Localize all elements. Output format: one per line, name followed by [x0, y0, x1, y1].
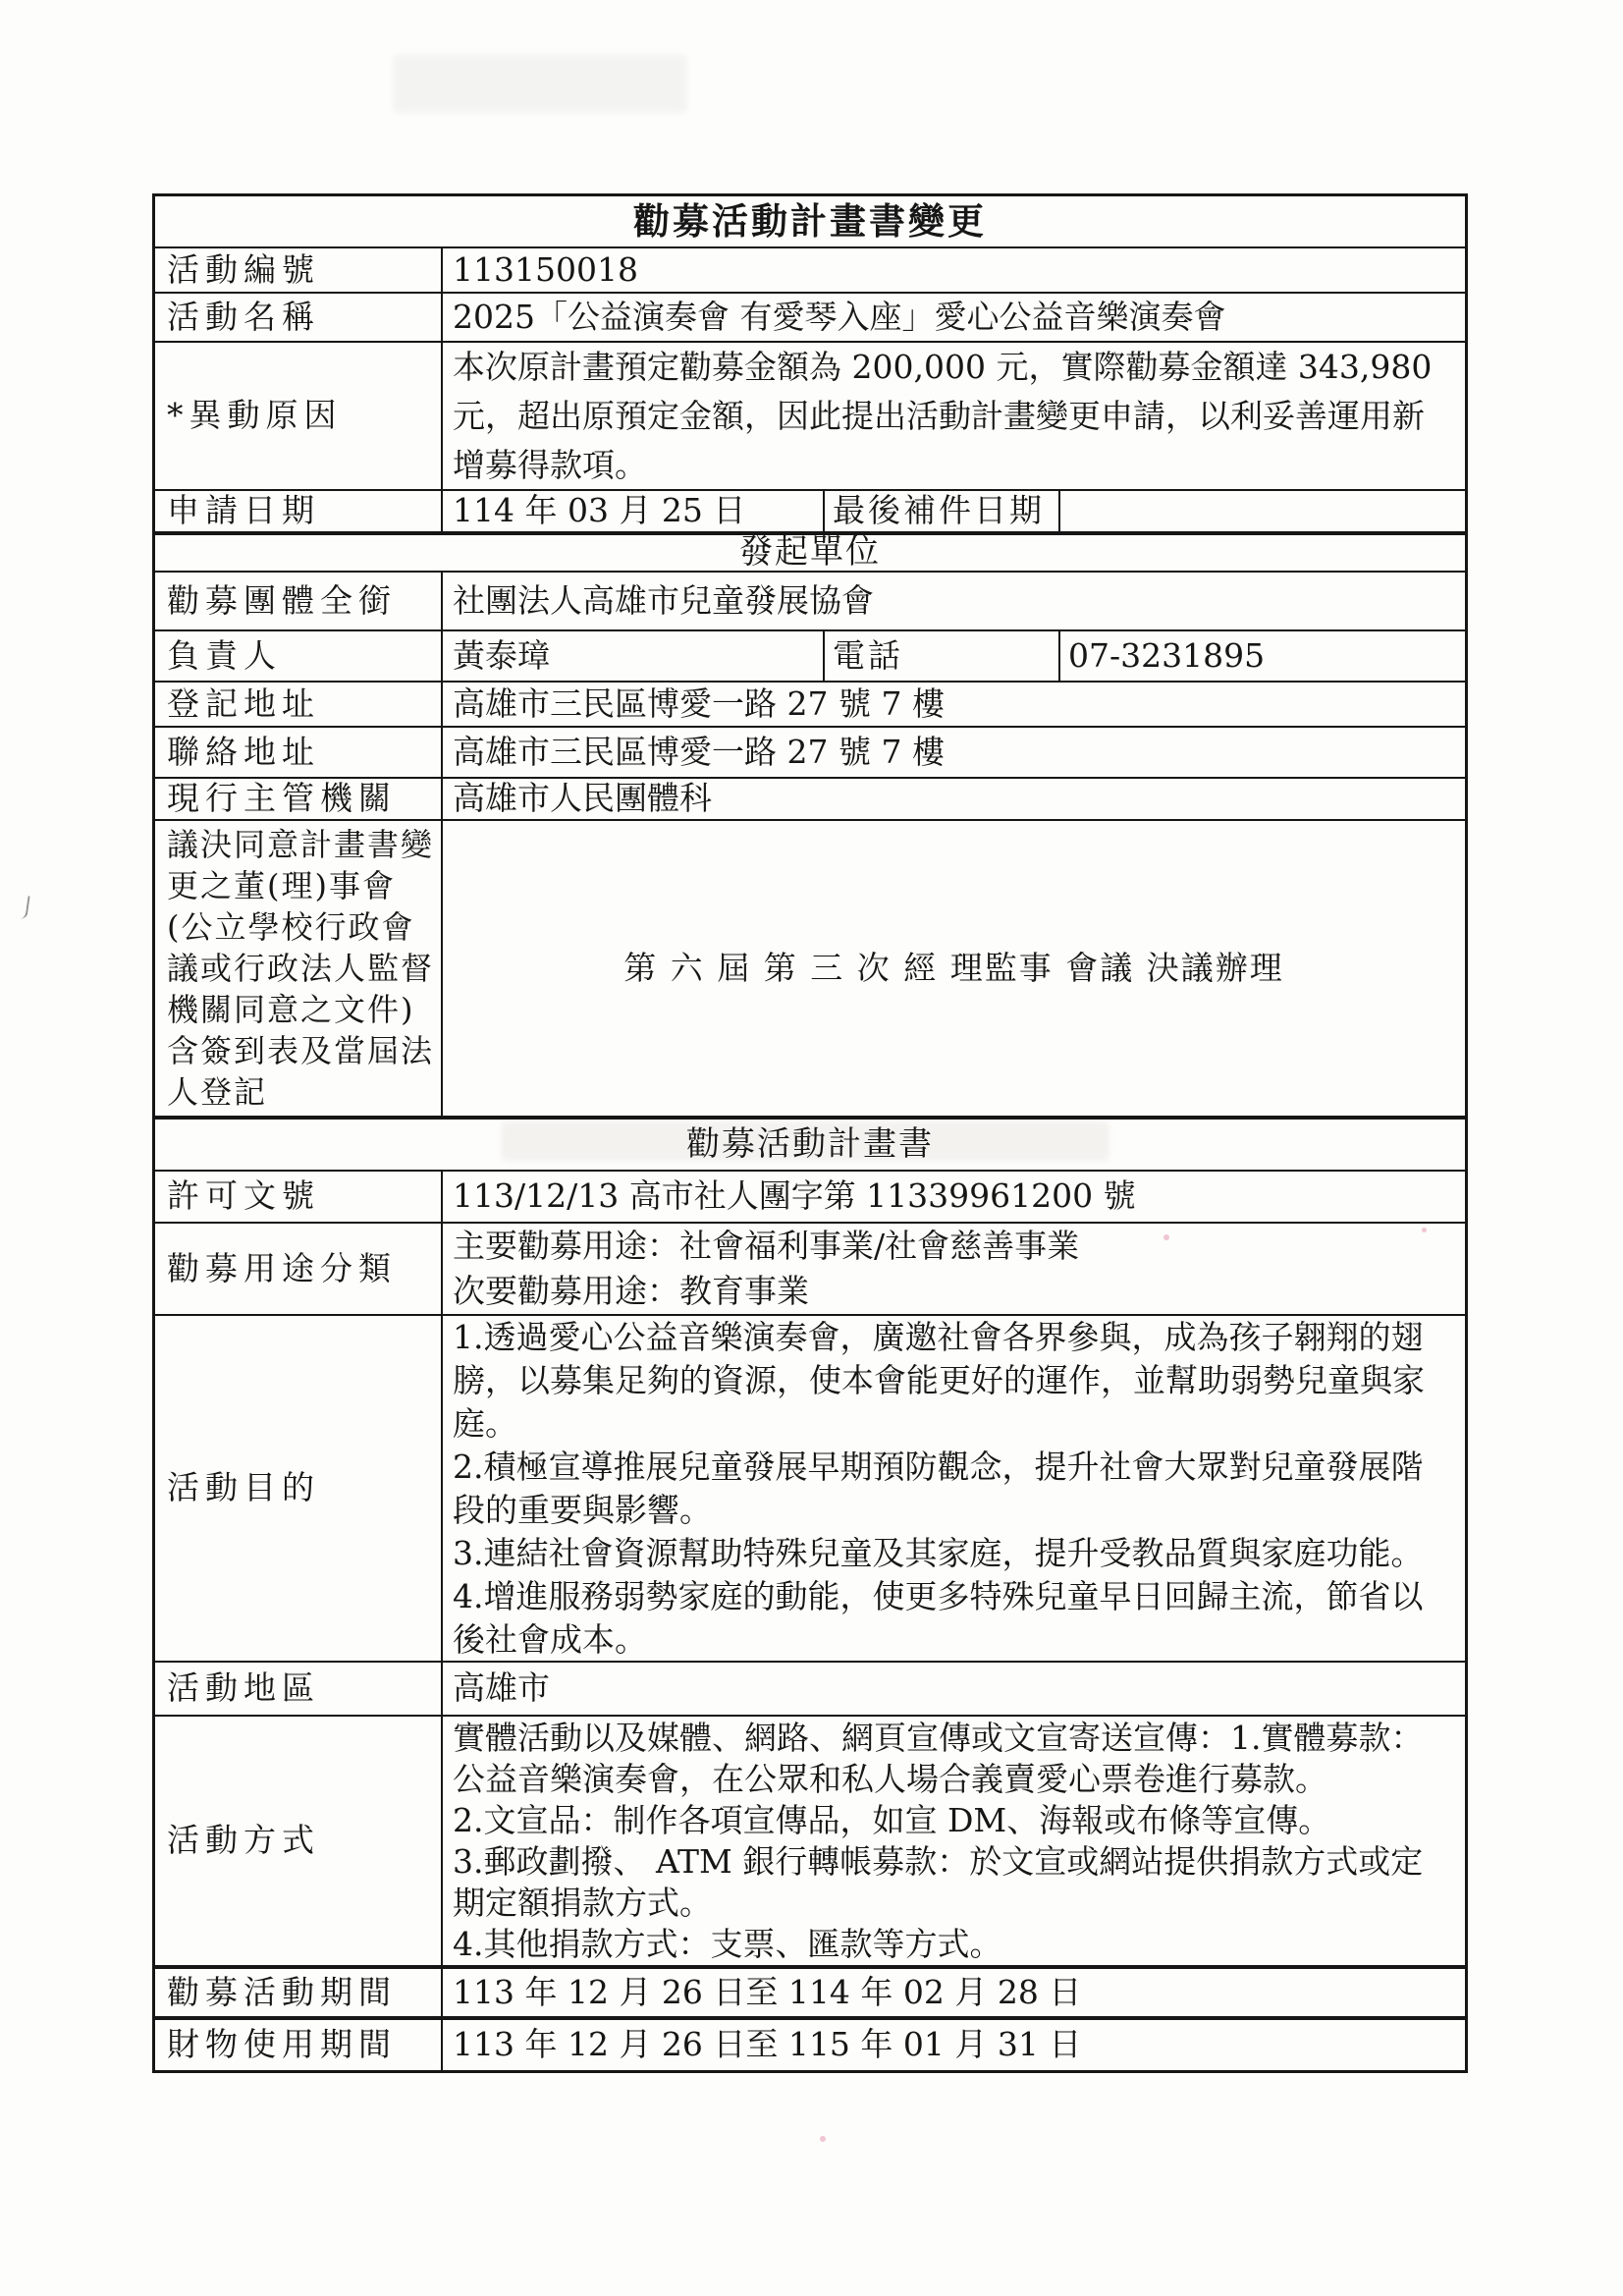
principal-value: 黃泰璋 [443, 631, 825, 681]
principal-label: 負責人 [155, 631, 443, 681]
form-title: 勸募活動計畫書變更 [155, 196, 1465, 246]
change-reason-label: *異動原因 [155, 343, 443, 489]
activity-name-value: 2025「公益演奏會 有愛琴入座」愛心公益音樂演奏會 [443, 294, 1465, 341]
change-reason-value: 本次原計畫預定勸募金額為 200,000 元，實際勸募金額達 343,980 元… [443, 343, 1465, 489]
purpose-primary: 主要勸募用途：社會福利事業/社會慈善事業 [453, 1224, 1455, 1269]
row-permit-no: 許可文號 113/12/13 高市社人團字第 11339961200 號 [155, 1172, 1465, 1224]
row-change-reason: *異動原因 本次原計畫預定勸募金額為 200,000 元，實際勸募金額達 343… [155, 343, 1465, 491]
row-activity-name: 活動名稱 2025「公益演奏會 有愛琴入座」愛心公益音樂演奏會 [155, 294, 1465, 343]
objectives-label: 活動目的 [155, 1316, 443, 1661]
purpose-category-label: 勸募用途分類 [155, 1224, 443, 1314]
objective-item: 3.連結社會資源幫助特殊兒童及其家庭，提升受教品質與家庭功能。 [453, 1532, 1455, 1575]
scanned-document-page: 勸募活動計畫書變更 活動編號 113150018 活動名稱 2025「公益演奏會… [0, 0, 1623, 2296]
area-value: 高雄市 [443, 1663, 1465, 1715]
row-registered-address: 登記地址 高雄市三民區博愛一路 27 號 7 樓 [155, 683, 1465, 728]
registered-address-value: 高雄市三民區博愛一路 27 號 7 樓 [443, 683, 1465, 726]
methods-value: 實體活動以及媒體、網路、網頁宣傳或文宣寄送宣傳：1.實體募款：公益音樂演奏會，在… [443, 1717, 1465, 1965]
row-org-full-name: 勸募團體全銜 社團法人高雄市兒童發展協會 [155, 573, 1465, 631]
row-activity-no: 活動編號 113150018 [155, 248, 1465, 294]
apply-date-value: 114 年 03 月 25 日 [443, 491, 825, 531]
objectives-value: 1.透過愛心公益音樂演奏會，廣邀社會各界參與，成為孩子翱翔的翅膀，以募集足夠的資… [443, 1316, 1465, 1661]
board-approval-label: 議決同意計畫書變更之董(理)事會(公立學校行政會議或行政法人監督機關同意之文件)… [155, 821, 443, 1116]
methods-label: 活動方式 [155, 1717, 443, 1965]
contact-address-value: 高雄市三民區博愛一路 27 號 7 樓 [443, 728, 1465, 777]
row-contact-address: 聯絡地址 高雄市三民區博愛一路 27 號 7 樓 [155, 728, 1465, 779]
phone-label: 電話 [825, 631, 1060, 681]
fundraising-change-form: 勸募活動計畫書變更 活動編號 113150018 活動名稱 2025「公益演奏會… [152, 193, 1468, 2073]
permit-no-value: 113/12/13 高市社人團字第 11339961200 號 [443, 1172, 1465, 1222]
scan-mark [20, 896, 29, 920]
method-item: 3.郵政劃撥、 ATM 銀行轉帳募款：於文宣或網站提供捐款方式或定期定額捐款方式… [453, 1841, 1455, 1924]
row-board-approval: 議決同意計畫書變更之董(理)事會(公立學校行政會議或行政法人監督機關同意之文件)… [155, 821, 1465, 1118]
row-usage-period: 財物使用期間 113 年 12 月 26 日至 115 年 01 月 31 日 [155, 2018, 1465, 2070]
method-item: 實體活動以及媒體、網路、網頁宣傳或文宣寄送宣傳：1.實體募款：公益音樂演奏會，在… [453, 1718, 1455, 1800]
objective-item: 4.增進服務弱勢家庭的動能，使更多特殊兒童早日回歸主流，節省以後社會成本。 [453, 1575, 1455, 1662]
method-item: 2.文宣品：制作各項宣傳品，如宣 DM、海報或布條等宣傳。 [453, 1800, 1455, 1841]
area-label: 活動地區 [155, 1663, 443, 1715]
activity-name-label: 活動名稱 [155, 294, 443, 341]
row-section-plan: 勸募活動計畫書 [155, 1118, 1465, 1172]
authority-value: 高雄市人民團體科 [443, 779, 1465, 819]
authority-label: 現行主管機關 [155, 779, 443, 819]
objective-item: 2.積極宣導推展兒童發展早期預防觀念，提升社會大眾對兒童發展階段的重要與影響。 [453, 1446, 1455, 1532]
board-approval-value: 第 六 屆 第 三 次 經 理監事 會議 決議辦理 [443, 821, 1465, 1116]
row-objectives: 活動目的 1.透過愛心公益音樂演奏會，廣邀社會各界參與，成為孩子翱翔的翅膀，以募… [155, 1316, 1465, 1663]
purpose-secondary: 次要勸募用途：教育事業 [453, 1269, 1455, 1314]
supplement-date-value [1060, 491, 1465, 531]
org-full-name-value: 社團法人高雄市兒童發展協會 [443, 573, 1465, 629]
row-methods: 活動方式 實體活動以及媒體、網路、網頁宣傳或文宣寄送宣傳：1.實體募款：公益音樂… [155, 1717, 1465, 1967]
method-item: 4.其他捐款方式：支票、匯款等方式。 [453, 1924, 1455, 1965]
fundraising-period-value: 113 年 12 月 26 日至 114 年 02 月 28 日 [443, 1969, 1465, 2016]
scan-speck [820, 2136, 826, 2142]
usage-period-value: 113 年 12 月 26 日至 115 年 01 月 31 日 [443, 2020, 1465, 2070]
phone-value: 07-3231895 [1060, 631, 1465, 681]
row-principal: 負責人 黃泰璋 電話 07-3231895 [155, 631, 1465, 683]
contact-address-label: 聯絡地址 [155, 728, 443, 777]
apply-date-label: 申請日期 [155, 491, 443, 531]
registered-address-label: 登記地址 [155, 683, 443, 726]
org-full-name-label: 勸募團體全銜 [155, 573, 443, 629]
row-fundraising-period: 勸募活動期間 113 年 12 月 26 日至 114 年 02 月 28 日 [155, 1967, 1465, 2018]
row-form-title: 勸募活動計畫書變更 [155, 196, 1465, 248]
fundraising-period-label: 勸募活動期間 [155, 1969, 443, 2016]
activity-no-value: 113150018 [443, 248, 1465, 292]
permit-no-label: 許可文號 [155, 1172, 443, 1222]
row-section-initiator: 發起單位 [155, 533, 1465, 573]
row-authority: 現行主管機關 高雄市人民團體科 [155, 779, 1465, 821]
objective-item: 1.透過愛心公益音樂演奏會，廣邀社會各界參與，成為孩子翱翔的翅膀，以募集足夠的資… [453, 1316, 1455, 1446]
scan-smudge [393, 54, 687, 113]
purpose-category-value: 主要勸募用途：社會福利事業/社會慈善事業 次要勸募用途：教育事業 [443, 1224, 1465, 1314]
usage-period-label: 財物使用期間 [155, 2020, 443, 2070]
section-title-initiator: 發起單位 [155, 535, 1465, 571]
section-title-plan: 勸募活動計畫書 [155, 1120, 1465, 1170]
row-purpose-category: 勸募用途分類 主要勸募用途：社會福利事業/社會慈善事業 次要勸募用途：教育事業 [155, 1224, 1465, 1316]
activity-no-label: 活動編號 [155, 248, 443, 292]
row-area: 活動地區 高雄市 [155, 1663, 1465, 1717]
row-apply-date: 申請日期 114 年 03 月 25 日 最後補件日期 [155, 491, 1465, 533]
supplement-date-label: 最後補件日期 [825, 491, 1060, 531]
